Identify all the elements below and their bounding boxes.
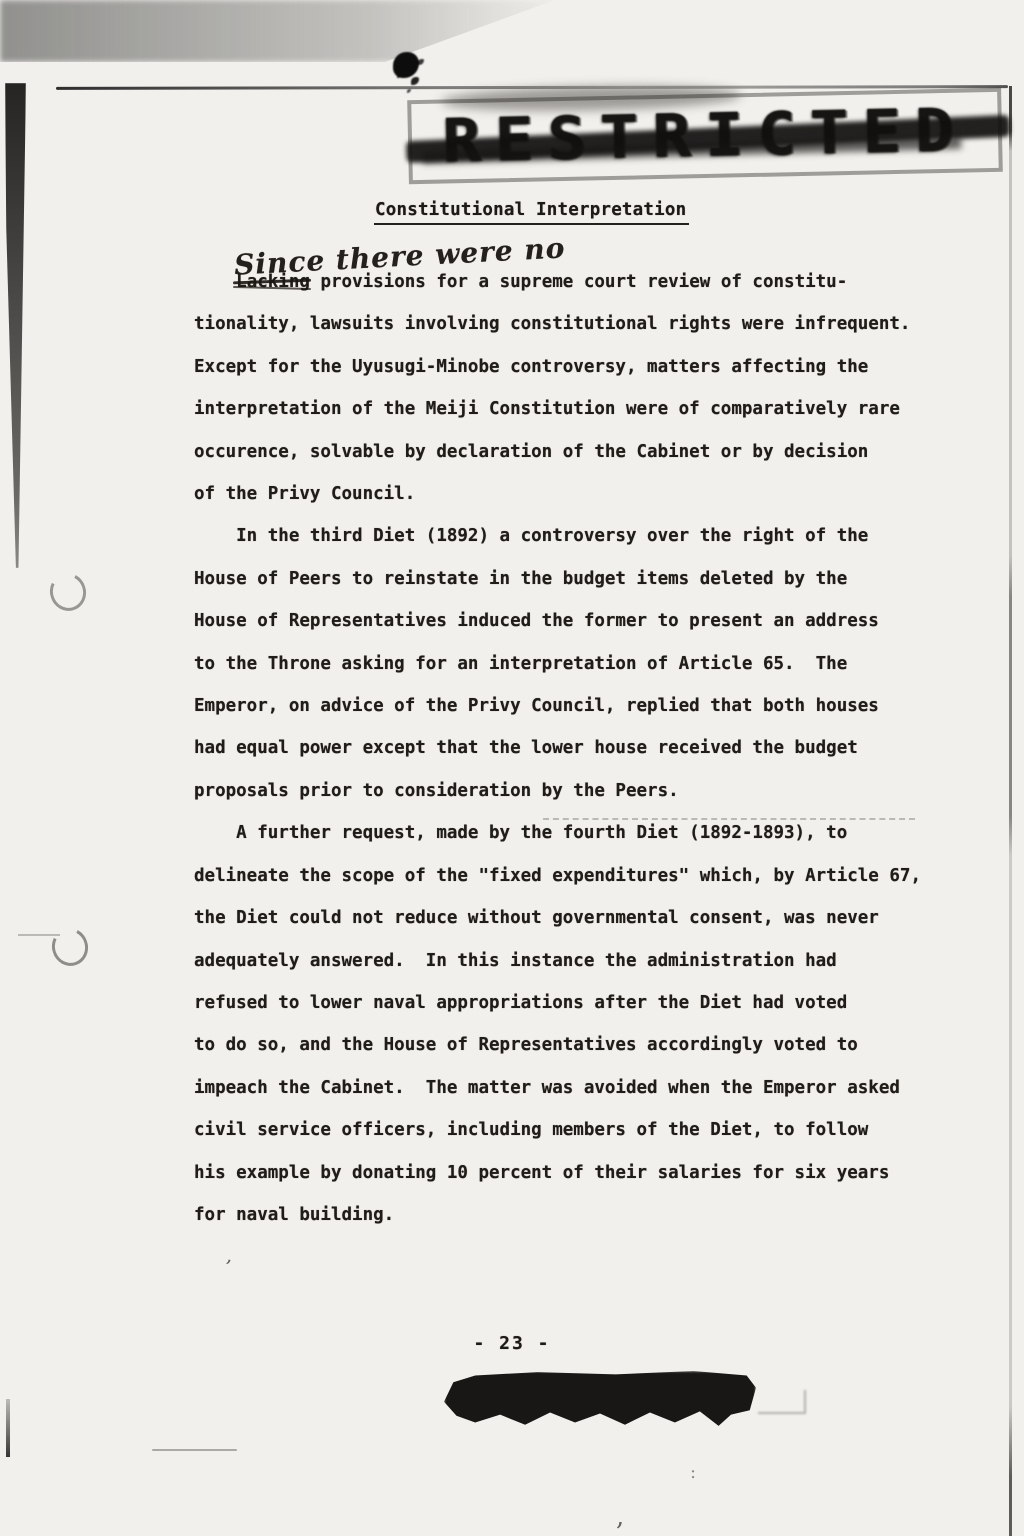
left-edge-binding-mark	[5, 83, 26, 568]
typed-line: House of Peers to reinstate in the budge…	[194, 558, 954, 600]
page-title: Constitutional Interpretation	[374, 200, 689, 225]
left-edge-tick-bottom	[6, 1399, 10, 1457]
typed-body: Lacking provisions for a supreme court r…	[194, 261, 954, 1236]
typed-line: delineate the scope of the "fixed expend…	[194, 855, 954, 897]
stamp-ghost-outline	[758, 1390, 806, 1414]
typed-line: had equal power except that the lower ho…	[194, 727, 954, 769]
stray-ink-mark: :	[690, 1462, 696, 1483]
typed-line: occurence, solvable by declaration of th…	[194, 431, 954, 473]
typed-line: his example by donating 10 percent of th…	[194, 1152, 954, 1194]
typed-line: In the third Diet (1892) a controversy o…	[194, 515, 954, 557]
stray-ink-mark: ,	[616, 1502, 624, 1532]
typed-line: impeach the Cabinet. The matter was avoi…	[194, 1067, 954, 1109]
typed-line-text: provisions for a supreme court review of…	[310, 272, 847, 292]
page-number: - 23 -	[0, 1333, 1024, 1354]
typed-line: for naval building.	[194, 1194, 954, 1236]
typed-line: refused to lower naval appropriations af…	[194, 982, 954, 1024]
pencil-dash-left-margin	[18, 934, 60, 936]
restricted-stamp-struck-out: RESTRICTED	[407, 88, 1003, 184]
typed-line: tionality, lawsuits involving constituti…	[194, 303, 954, 345]
stray-ink-mark: ’	[221, 1255, 233, 1280]
typed-line: House of Representatives induced the for…	[194, 600, 954, 642]
typed-line: Except for the Uyusugi-Minobe controvers…	[194, 346, 954, 388]
right-page-border	[1009, 86, 1012, 1536]
typed-line: the Diet could not reduce without govern…	[194, 897, 954, 939]
typed-line-first: Lacking provisions for a supreme court r…	[194, 261, 954, 303]
typed-line: to do so, and the House of Representativ…	[194, 1024, 954, 1066]
scan-smudge-top-left	[0, 0, 740, 62]
typed-line: A further request, made by the fourth Di…	[194, 812, 954, 854]
typed-line: adequately answered. In this instance th…	[194, 940, 954, 982]
pencil-dash-bottom-left	[152, 1449, 237, 1451]
typed-line: Emperor, on advice of the Privy Council,…	[194, 685, 954, 727]
typed-line: interpretation of the Meiji Constitution…	[194, 388, 954, 430]
hole-punch-mark-upper	[45, 568, 91, 615]
paragraph-indent	[194, 272, 236, 292]
ink-blot	[393, 52, 419, 78]
typed-line: civil service officers, including member…	[194, 1109, 954, 1151]
obliterated-stamp-bottom	[444, 1371, 756, 1427]
hole-punch-mark-lower	[47, 923, 93, 970]
typed-line: of the Privy Council.	[194, 473, 954, 515]
struck-out-word: Lacking	[236, 261, 310, 303]
typed-line: proposals prior to consideration by the …	[194, 770, 954, 812]
typed-lines-list: tionality, lawsuits involving constituti…	[194, 303, 954, 1236]
typed-line: to the Throne asking for an interpretati…	[194, 643, 954, 685]
